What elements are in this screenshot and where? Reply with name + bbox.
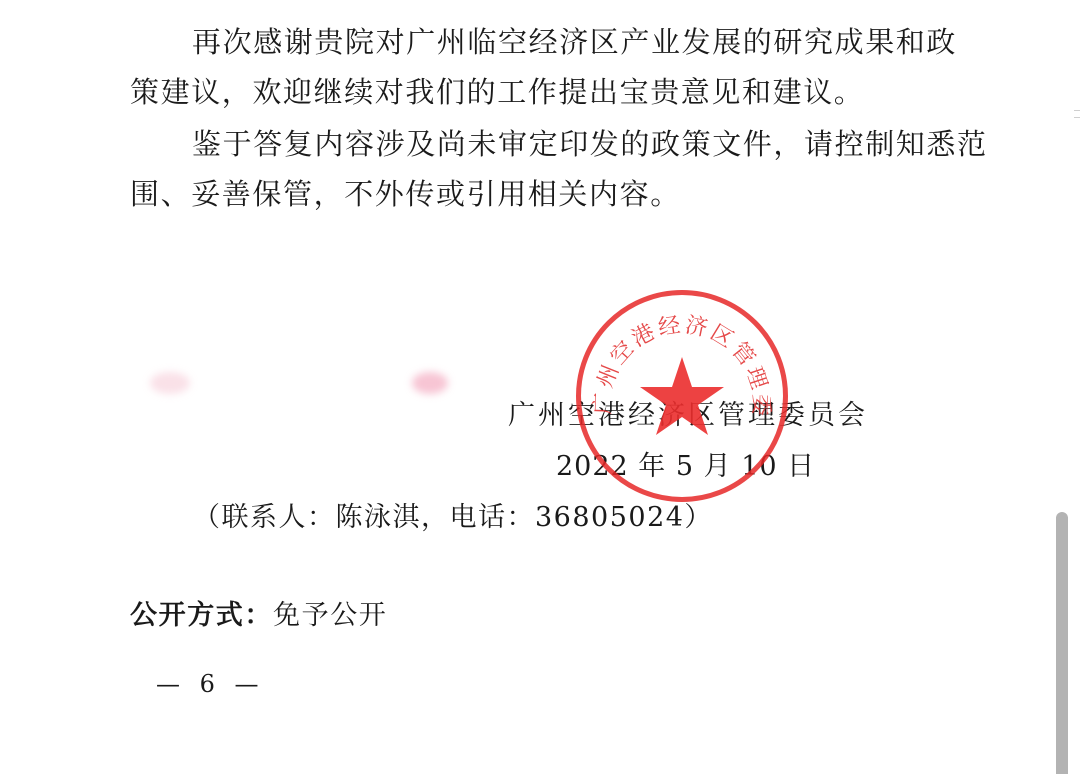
signature-organization: 广州空港经济区管理委员会 xyxy=(508,398,868,434)
ink-smudge xyxy=(150,372,190,394)
paragraph-1-line-1: 再次感谢贵院对广州临空经济区产业发展的研究成果和政 xyxy=(192,24,957,60)
disclosure-method: 公开方式：免予公开 xyxy=(130,598,387,634)
paragraph-1-line-2: 策建议，欢迎继续对我们的工作提出宝贵意见和建议。 xyxy=(130,74,864,110)
page-number: — 6 — xyxy=(156,666,265,702)
disclosure-label: 公开方式： xyxy=(130,600,273,631)
disclosure-value: 免予公开 xyxy=(273,600,387,631)
document-page: 再次感谢贵院对广州临空经济区产业发展的研究成果和政 策建议，欢迎继续对我们的工作… xyxy=(0,0,1080,774)
signature-date: 2022 年 5 月 10 日 xyxy=(556,449,815,485)
contact-info: （联系人：陈泳淇，电话：36805024） xyxy=(193,500,713,536)
scroll-marker xyxy=(1074,110,1080,111)
scrollbar-thumb[interactable] xyxy=(1056,512,1068,774)
ink-smudge xyxy=(412,372,448,394)
paragraph-2-line-2: 围、妥善保管，不外传或引用相关内容。 xyxy=(130,176,681,212)
scroll-marker xyxy=(1074,117,1080,118)
paragraph-2-line-1: 鉴于答复内容涉及尚未审定印发的政策文件，请控制知悉范 xyxy=(192,126,988,162)
